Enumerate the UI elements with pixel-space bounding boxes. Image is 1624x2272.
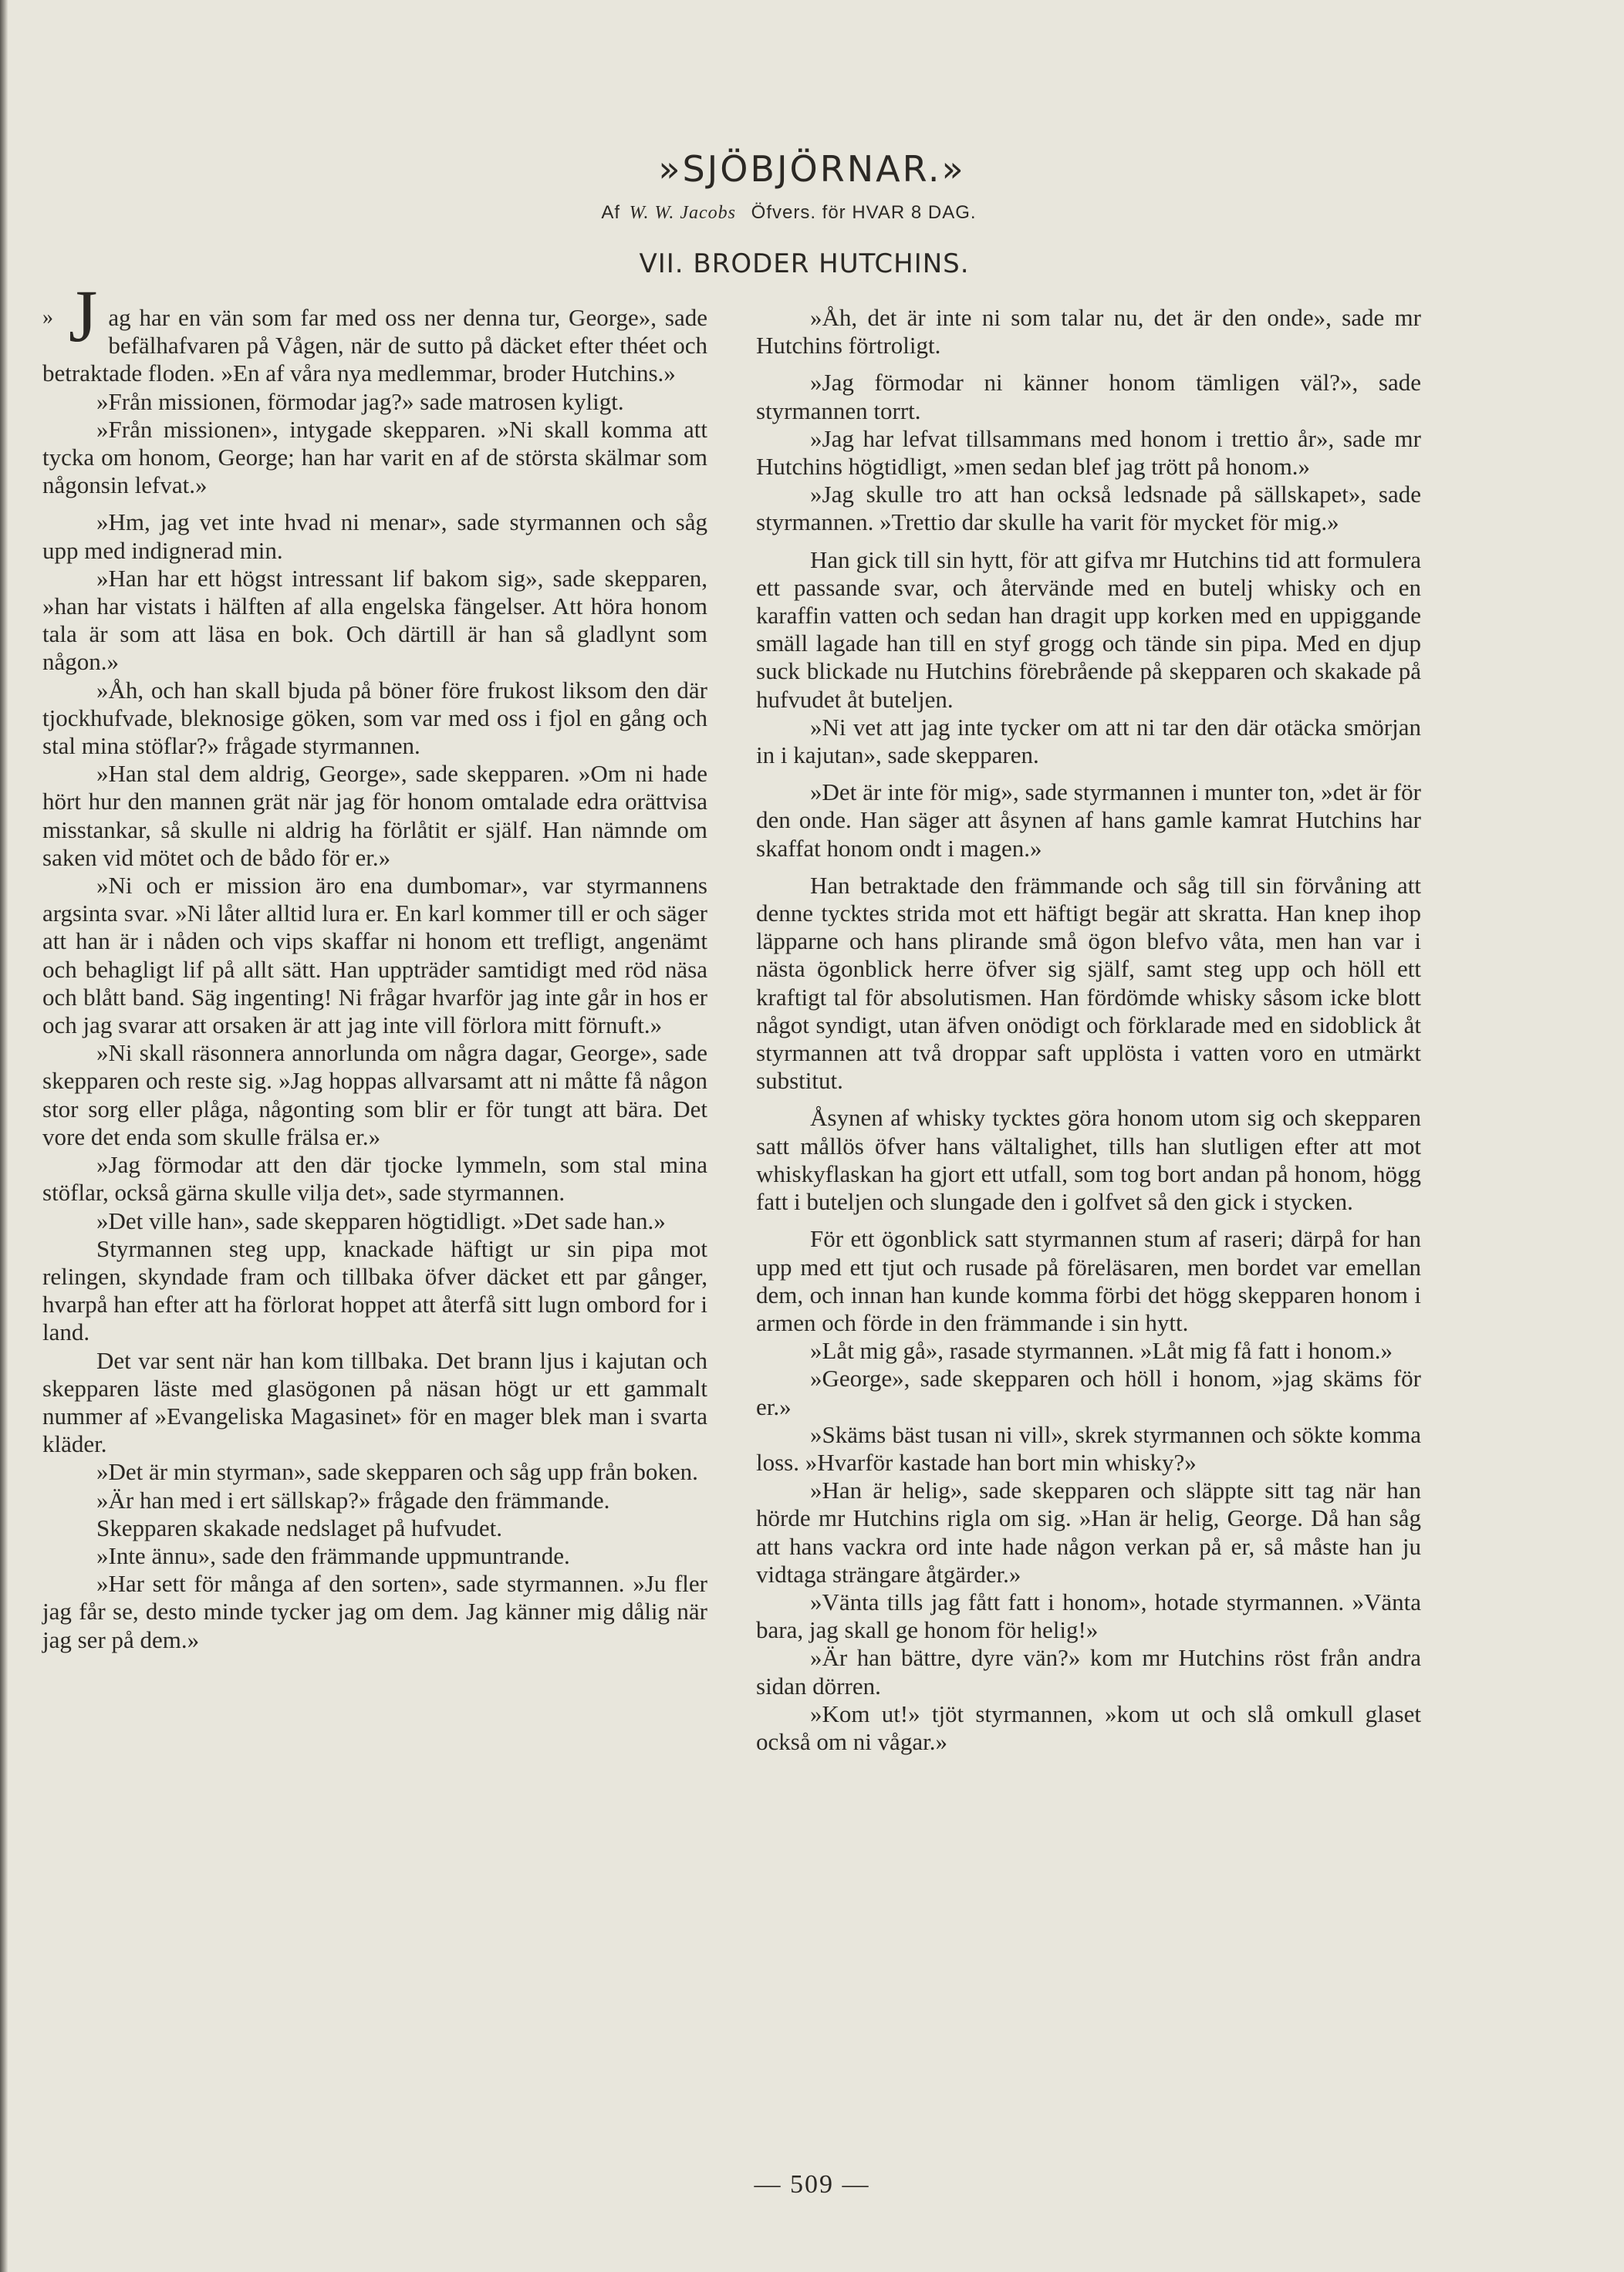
paragraph: Han betraktade den främmande och såg til…	[756, 872, 1421, 1095]
paragraph: »Det är min styrman», sade skepparen och…	[42, 1458, 707, 1486]
paragraph: Åsynen af whisky tycktes göra honom utom…	[756, 1104, 1421, 1216]
paragraph: »Hm, jag vet inte hvad ni menar», sade s…	[42, 508, 707, 564]
paragraph: »Det ville han», sade skepparen högtidli…	[42, 1207, 707, 1235]
paragraph: »Jag har en vän som far med oss ner denn…	[42, 304, 707, 388]
paragraph: »George», sade skepparen och höll i hono…	[756, 1365, 1421, 1420]
dropcap-open-quote: »	[42, 304, 53, 332]
paragraph: »Ni och er mission äro ena dumbomar», va…	[42, 872, 707, 1039]
paragraph-text: ag har en vän som far med oss ner denna …	[42, 304, 707, 387]
paragraph: Det var sent när han kom tillbaka. Det b…	[42, 1347, 707, 1459]
paragraph: »Åh, och han skall bjuda på böner före f…	[42, 677, 707, 761]
right-column: »Åh, det är inte ni som talar nu, det är…	[756, 304, 1421, 1756]
paragraph: »Låt mig gå», rasade styrmannen. »Låt mi…	[756, 1337, 1421, 1365]
chapter-heading: VII. BRODER HUTCHINS.	[0, 248, 1616, 279]
paragraph: »Jag förmodar ni känner honom tämligen v…	[756, 369, 1421, 424]
paragraph: »Skäms bäst tusan ni vill», skrek styrma…	[756, 1421, 1421, 1477]
page-binding-edge	[0, 0, 8, 2272]
page-number: — 509 —	[0, 2170, 1624, 2199]
paragraph: »Ni skall räsonnera annorlunda om några …	[42, 1039, 707, 1151]
byline-author: W. W. Jacobs	[630, 203, 736, 223]
article-title: »SJÖBJÖRNAR.»	[0, 148, 1624, 190]
dropcap-letter: J	[69, 287, 97, 346]
paragraph: »Jag har lefvat tillsammans med honom i …	[756, 425, 1421, 481]
paragraph: »Jag förmodar att den där tjocke lymmeln…	[42, 1151, 707, 1207]
paragraph: »Inte ännu», sade den främmande uppmuntr…	[42, 1542, 707, 1570]
left-column: »Jag har en vän som far med oss ner denn…	[42, 304, 707, 1654]
byline-translation: Öfvers. för HVAR 8 DAG.	[751, 202, 977, 223]
paragraph: »Har sett för många af den sorten», sade…	[42, 1570, 707, 1654]
paragraph: »Är han bättre, dyre vän?» kom mr Hutchi…	[756, 1644, 1421, 1700]
paragraph: »Är han med i ert sällskap?» frågade den…	[42, 1487, 707, 1514]
paragraph: Han gick till sin hytt, för att gifva mr…	[756, 546, 1421, 714]
paragraph: »Från missionen, förmodar jag?» sade mat…	[42, 388, 707, 416]
paragraph: »Kom ut!» tjöt styrmannen, »kom ut och s…	[756, 1700, 1421, 1756]
paragraph: För ett ögonblick satt styrmannen stum a…	[756, 1225, 1421, 1337]
paragraph: Styrmannen steg upp, knackade häftigt ur…	[42, 1235, 707, 1347]
paragraph: »Han har ett högst intressant lif bakom …	[42, 565, 707, 677]
paragraph: »Det är inte för mig», sade styrmannen i…	[756, 778, 1421, 863]
paragraph: »Från missionen», intygade skepparen. »N…	[42, 416, 707, 500]
byline-prefix: Af	[601, 202, 620, 223]
byline: Af W. W. Jacobs Öfvers. för HVAR 8 DAG.	[0, 202, 1601, 224]
paragraph: Skepparen skakade nedslaget på hufvudet.	[42, 1514, 707, 1542]
paragraph: »Han stal dem aldrig, George», sade skep…	[42, 760, 707, 872]
paragraph: »Åh, det är inte ni som talar nu, det är…	[756, 304, 1421, 360]
paragraph: »Han är helig», sade skepparen och släpp…	[756, 1477, 1421, 1588]
paragraph: »Ni vet att jag inte tycker om att ni ta…	[756, 714, 1421, 769]
paragraph: »Jag skulle tro att han också ledsnade p…	[756, 481, 1421, 536]
paragraph: »Vänta tills jag fått fatt i honom», hot…	[756, 1588, 1421, 1644]
